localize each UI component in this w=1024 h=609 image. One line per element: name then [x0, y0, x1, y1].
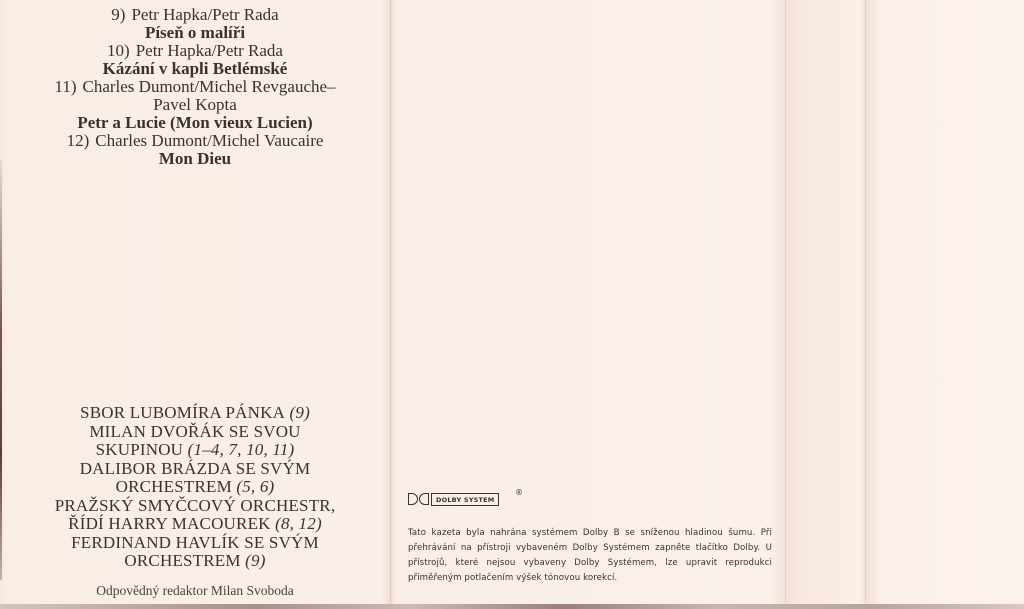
performer-name: SKUPINOU [96, 440, 184, 459]
performer-name: MILAN DVOŘÁK SE SVOU [89, 422, 300, 441]
performer-name: ORCHESTREM [116, 477, 232, 496]
performer-line: MILAN DVOŘÁK SE SVOU [0, 423, 390, 442]
track-title: Petr a Lucie (Mon vieux Lucien) [0, 114, 390, 132]
track-title: Píseň o malíři [0, 24, 390, 42]
performer-name: ŘÍDÍ HARRY MACOUREK [68, 514, 270, 533]
composer-text: Petr Hapka/Petr Rada [131, 5, 278, 24]
track-composer: 11)Charles Dumont/Michel Revgauche– [0, 78, 390, 96]
fold-line [865, 0, 866, 604]
performer-line: PRAŽSKÝ SMYČCOVÝ ORCHESTR, [0, 497, 390, 516]
track-composer: 9)Petr Hapka/Petr Rada [0, 6, 390, 24]
track-references: (5, 6) [232, 477, 274, 496]
dolby-system-label: DOLBY SYSTEM [431, 493, 499, 506]
composer-text: Charles Dumont/Michel Revgauche– [82, 77, 335, 96]
performers-credits: SBOR LUBOMÍRA PÁNKA (9)MILAN DVOŘÁK SE S… [0, 404, 390, 571]
dolby-notice: Tato kazeta byla nahrána systémem Dolby … [408, 526, 772, 586]
performer-name: DALIBOR BRÁZDA SE SVÝM [80, 459, 311, 478]
track-references: (8, 12) [271, 514, 322, 533]
double-d-icon [408, 493, 429, 505]
performer-line: DALIBOR BRÁZDA SE SVÝM [0, 460, 390, 479]
registered-mark-icon: ® [515, 488, 523, 497]
composer-text: Charles Dumont/Michel Vaucaire [95, 131, 323, 150]
track-number: 12) [67, 131, 90, 150]
track-composer: 10)Petr Hapka/Petr Rada [0, 42, 390, 60]
performer-name: FERDINAND HAVLÍK SE SVÝM [71, 533, 319, 552]
track-composer: 12)Charles Dumont/Michel Vaucaire [0, 132, 390, 150]
performer-line: ORCHESTREM (5, 6) [0, 478, 390, 497]
track-title: Kázání v kapli Betlémské [0, 60, 390, 78]
track-composer-continued: Pavel Kopta [0, 96, 390, 114]
composer-text: Petr Hapka/Petr Rada [136, 41, 283, 60]
card-bottom-edge [0, 604, 1024, 609]
tracklist: 9)Petr Hapka/Petr Rada Píseň o malíři 10… [0, 6, 390, 168]
track-references: (9) [241, 551, 266, 570]
editor-credit: Odpovědný redaktor Milan Svoboda [0, 583, 390, 599]
performer-name: SBOR LUBOMÍRA PÁNKA [80, 403, 285, 422]
performer-line: SKUPINOU (1–4, 7, 10, 11) [0, 441, 390, 460]
performer-line: ŘÍDÍ HARRY MACOUREK (8, 12) [0, 515, 390, 534]
performer-line: ORCHESTREM (9) [0, 552, 390, 571]
track-title: Mon Dieu [0, 150, 390, 168]
fold-line [785, 0, 786, 604]
performer-name: ORCHESTREM [124, 551, 240, 570]
performer-line: SBOR LUBOMÍRA PÁNKA (9) [0, 404, 390, 423]
performer-line: FERDINAND HAVLÍK SE SVÝM [0, 534, 390, 553]
track-number: 11) [54, 77, 76, 96]
track-references: (9) [285, 403, 310, 422]
fold-line [390, 0, 391, 604]
track-number: 9) [111, 5, 125, 24]
track-references: (1–4, 7, 10, 11) [183, 440, 294, 459]
track-number: 10) [107, 41, 130, 60]
dolby-logo: DOLBY SYSTEM [408, 491, 499, 507]
performer-name: PRAŽSKÝ SMYČCOVÝ ORCHESTR, [55, 496, 336, 515]
